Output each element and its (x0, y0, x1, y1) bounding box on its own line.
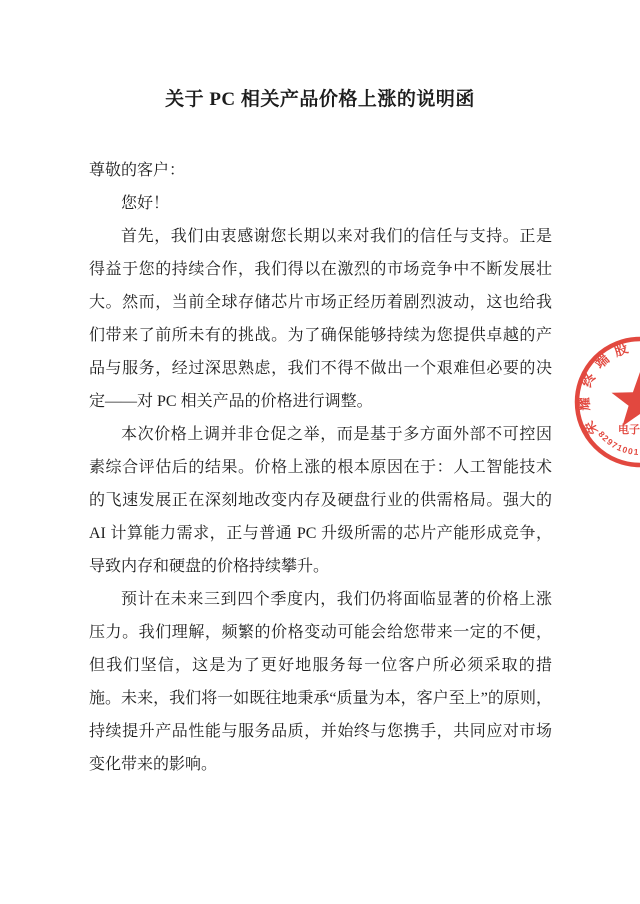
stamp-arc-char-2: 耀 (576, 396, 592, 411)
document-page: 关于 PC 相关产品价格上涨的说明函 尊敬的客户： 您好！ 首先，我们由衷感谢您… (0, 0, 640, 904)
star-icon (612, 372, 640, 426)
company-stamp: 荣 耀 终 端 股 电子 8 2 9 7 1 0 0 1 (540, 302, 640, 502)
stamp-serial-digit-6: 0 (621, 444, 629, 455)
stamp-serial-digit-1: 8 (596, 429, 607, 439)
paragraph-3: 预计在未来三到四个季度内，我们仍将面临显著的价格上涨压力。我们理解，频繁的价格变… (89, 583, 552, 781)
stamp-arc-char-5: 股 (612, 340, 630, 359)
document-title: 关于 PC 相关产品价格上涨的说明函 (80, 86, 560, 114)
paragraph-2: 本次价格上调并非仓促之举，而是基于多方面外部不可控因素综合评估后的结果。价格上涨… (89, 418, 552, 583)
document-body: 尊敬的客户： 您好！ 首先，我们由衷感谢您长期以来对我们的信任与支持。正是得益于… (89, 154, 552, 781)
stamp-serial-digit-3: 9 (605, 437, 615, 448)
stamp-serial-digit-7: 0 (627, 446, 634, 457)
greeting: 您好！ (89, 187, 552, 220)
stamp-arc-char-1: 荣 (580, 418, 601, 438)
salutation: 尊敬的客户： (89, 154, 552, 187)
paragraph-1: 首先，我们由衷感谢您长期以来对我们的信任与支持。正是得益于您的持续合作，我们得以… (89, 220, 552, 418)
stamp-ring (577, 339, 640, 465)
stamp-serial-digit-5: 1 (615, 442, 624, 453)
stamp-center-text: 电子 (618, 422, 640, 436)
stamp-arc-char-3: 终 (578, 370, 598, 389)
stamp-serial-digit-8: 1 (633, 447, 639, 457)
stamp-serial-digit-4: 7 (610, 440, 619, 451)
stamp-serial-digit-2: 2 (600, 433, 611, 444)
stamp-arc-char-4: 端 (591, 350, 612, 371)
